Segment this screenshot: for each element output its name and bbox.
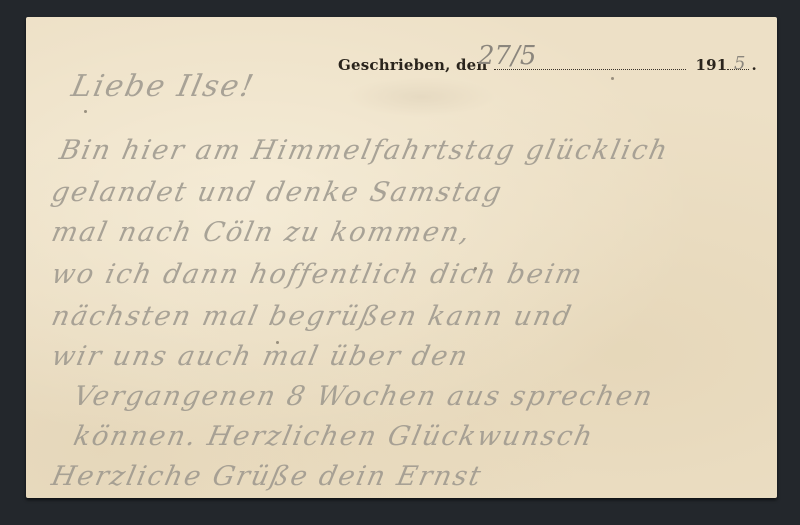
letter-line-1: Bin hier am Himmelfahrtstag glücklich (57, 135, 672, 166)
paper-speck (84, 110, 87, 113)
printed-label: Geschrieben, den (338, 56, 488, 74)
letter-line-8: können. Herzlichen Glückwunsch (71, 421, 597, 452)
letter-line-7: Vergangenen 8 Wochen aus sprechen (71, 381, 657, 412)
letter-line-6: wir uns auch mal über den (49, 341, 472, 372)
handwritten-date: 27/5 (478, 41, 536, 71)
printed-period: . (751, 56, 756, 74)
letter-greeting: Liebe Ilse! (68, 69, 258, 104)
paper-speck (276, 341, 279, 344)
handwritten-year-digit: 5 (734, 53, 745, 74)
letter-line-5: nächsten mal begrüßen kann und (49, 301, 576, 332)
letter-line-3: mal nach Cöln zu kommen, (49, 217, 475, 248)
postcard: Geschrieben, den 191 . 27/5 5 Liebe Ilse… (26, 17, 777, 498)
paper-speck (474, 267, 477, 270)
letter-closing-signature: Herzliche Grüße dein Ernst (49, 461, 486, 492)
printed-year-prefix: 191 (696, 56, 728, 74)
letter-line-2: gelandet und denke Samstag (49, 177, 506, 208)
letter-line-4: wo ich dann hoffentlich dich beim (49, 259, 587, 290)
date-header: Geschrieben, den 191 . (338, 55, 757, 79)
faded-stamp-mark (346, 77, 496, 117)
paper-speck (611, 77, 614, 80)
